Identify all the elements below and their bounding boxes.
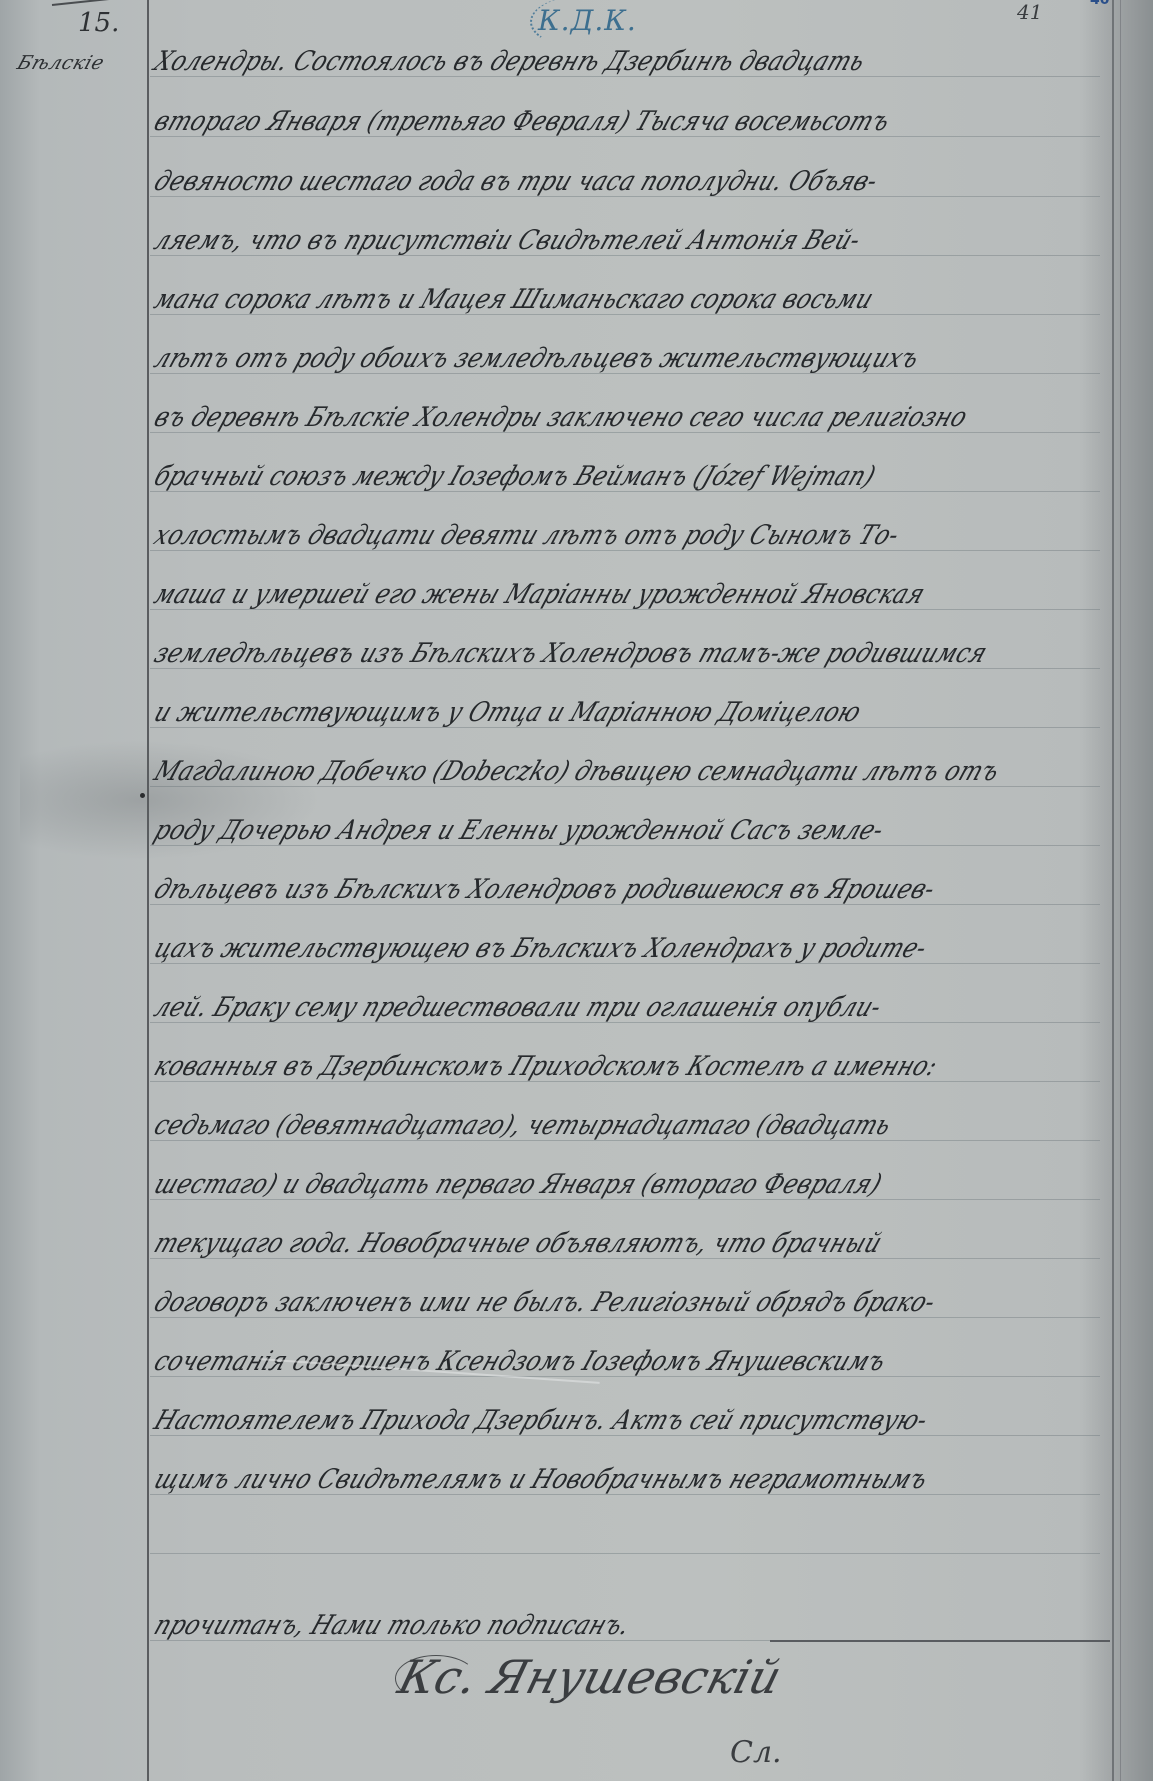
text-line: мана сорока лѣтъ и Мацея Шиманьскаго сор… — [150, 284, 987, 315]
text-line: холостымъ двадцати девяти лѣтъ отъ роду … — [150, 520, 987, 551]
text-line: лей. Браку сему предшествовали три оглаш… — [150, 992, 987, 1023]
text-line: девяносто шестаго года въ три часа попол… — [150, 166, 987, 197]
left-margin-rule — [147, 0, 149, 1781]
ink-dot — [140, 793, 145, 798]
text-line: роду Дочерью Андрея и Еленны урожденной … — [150, 815, 987, 846]
text-line: щимъ лично Свидѣтелямъ и Новобрачнымъ не… — [150, 1464, 987, 1495]
priest-signature: Кс. Янушевскій — [393, 1650, 787, 1704]
text-line: прочитанъ, Нами только подписанъ. — [150, 1610, 987, 1641]
text-line: сочетанія совершенъ Ксендзомъ Іозефомъ Я… — [150, 1346, 987, 1377]
document-page: 15. Бѣлскіе К.Д.К. 41 40 Холендры. Состо… — [0, 0, 1153, 1781]
text-line: маша и умершей его жены Маріанны урожден… — [150, 579, 987, 610]
text-line: цахъ жительствующею въ Бѣлскихъ Холендра… — [150, 933, 987, 964]
text-line: Настоятелемъ Прихода Дзербинъ. Актъ сей … — [150, 1405, 987, 1436]
text-line: ляемъ, что въ присутствіи Свидѣтелей Ант… — [150, 225, 987, 256]
text-line: договоръ заключенъ ими не былъ. Религіоз… — [150, 1287, 987, 1318]
act-number: 15. — [78, 8, 119, 38]
text-line: въ деревнѣ Бѣлскіе Холендры заключено се… — [150, 402, 987, 433]
text-line: шестаго) и двадцать перваго Января (втор… — [150, 1169, 987, 1200]
signature-suffix: Сл. — [730, 1735, 782, 1770]
closing-rule — [770, 1640, 1110, 1642]
text-line: земледѣльцевъ изъ Бѣлскихъ Холендровъ та… — [150, 638, 987, 669]
ruling-line — [150, 1553, 1100, 1554]
folio-corner-mark: 40 — [1090, 0, 1109, 8]
text-line: дѣльцевъ изъ Бѣлскихъ Холендровъ родивше… — [150, 874, 987, 905]
text-line: седьмаго (девятнадцатаго), четырнадцатаг… — [150, 1110, 987, 1141]
text-line: втораго Января (третьяго Февраля) Тысяча… — [150, 106, 987, 137]
text-line: Магдалиною Добечко (Dobeczko) дѣвицею се… — [150, 756, 987, 787]
archive-stamp: К.Д.К. — [538, 4, 637, 37]
right-margin-rule — [1112, 0, 1114, 1781]
text-line: лѣтъ отъ роду обоихъ земледѣльцевъ жител… — [150, 343, 987, 374]
text-line: текущаго года. Новобрачные объявляютъ, ч… — [150, 1228, 987, 1259]
margin-place-name: Бѣлскіе — [14, 52, 149, 74]
text-line: Холендры. Состоялось въ деревнѣ Дзербинѣ… — [150, 46, 987, 77]
text-line: кованныя въ Дзербинскомъ Приходскомъ Кос… — [150, 1051, 987, 1082]
text-line: и жительствующимъ у Отца и Маріанною Дом… — [150, 697, 987, 728]
folio-number: 41 — [1017, 0, 1042, 24]
right-margin-rule-secondary — [1120, 0, 1121, 1781]
act-number-stroke — [52, 0, 162, 6]
text-line: брачный союзъ между Іозефомъ Вейманъ (Jó… — [150, 461, 987, 492]
